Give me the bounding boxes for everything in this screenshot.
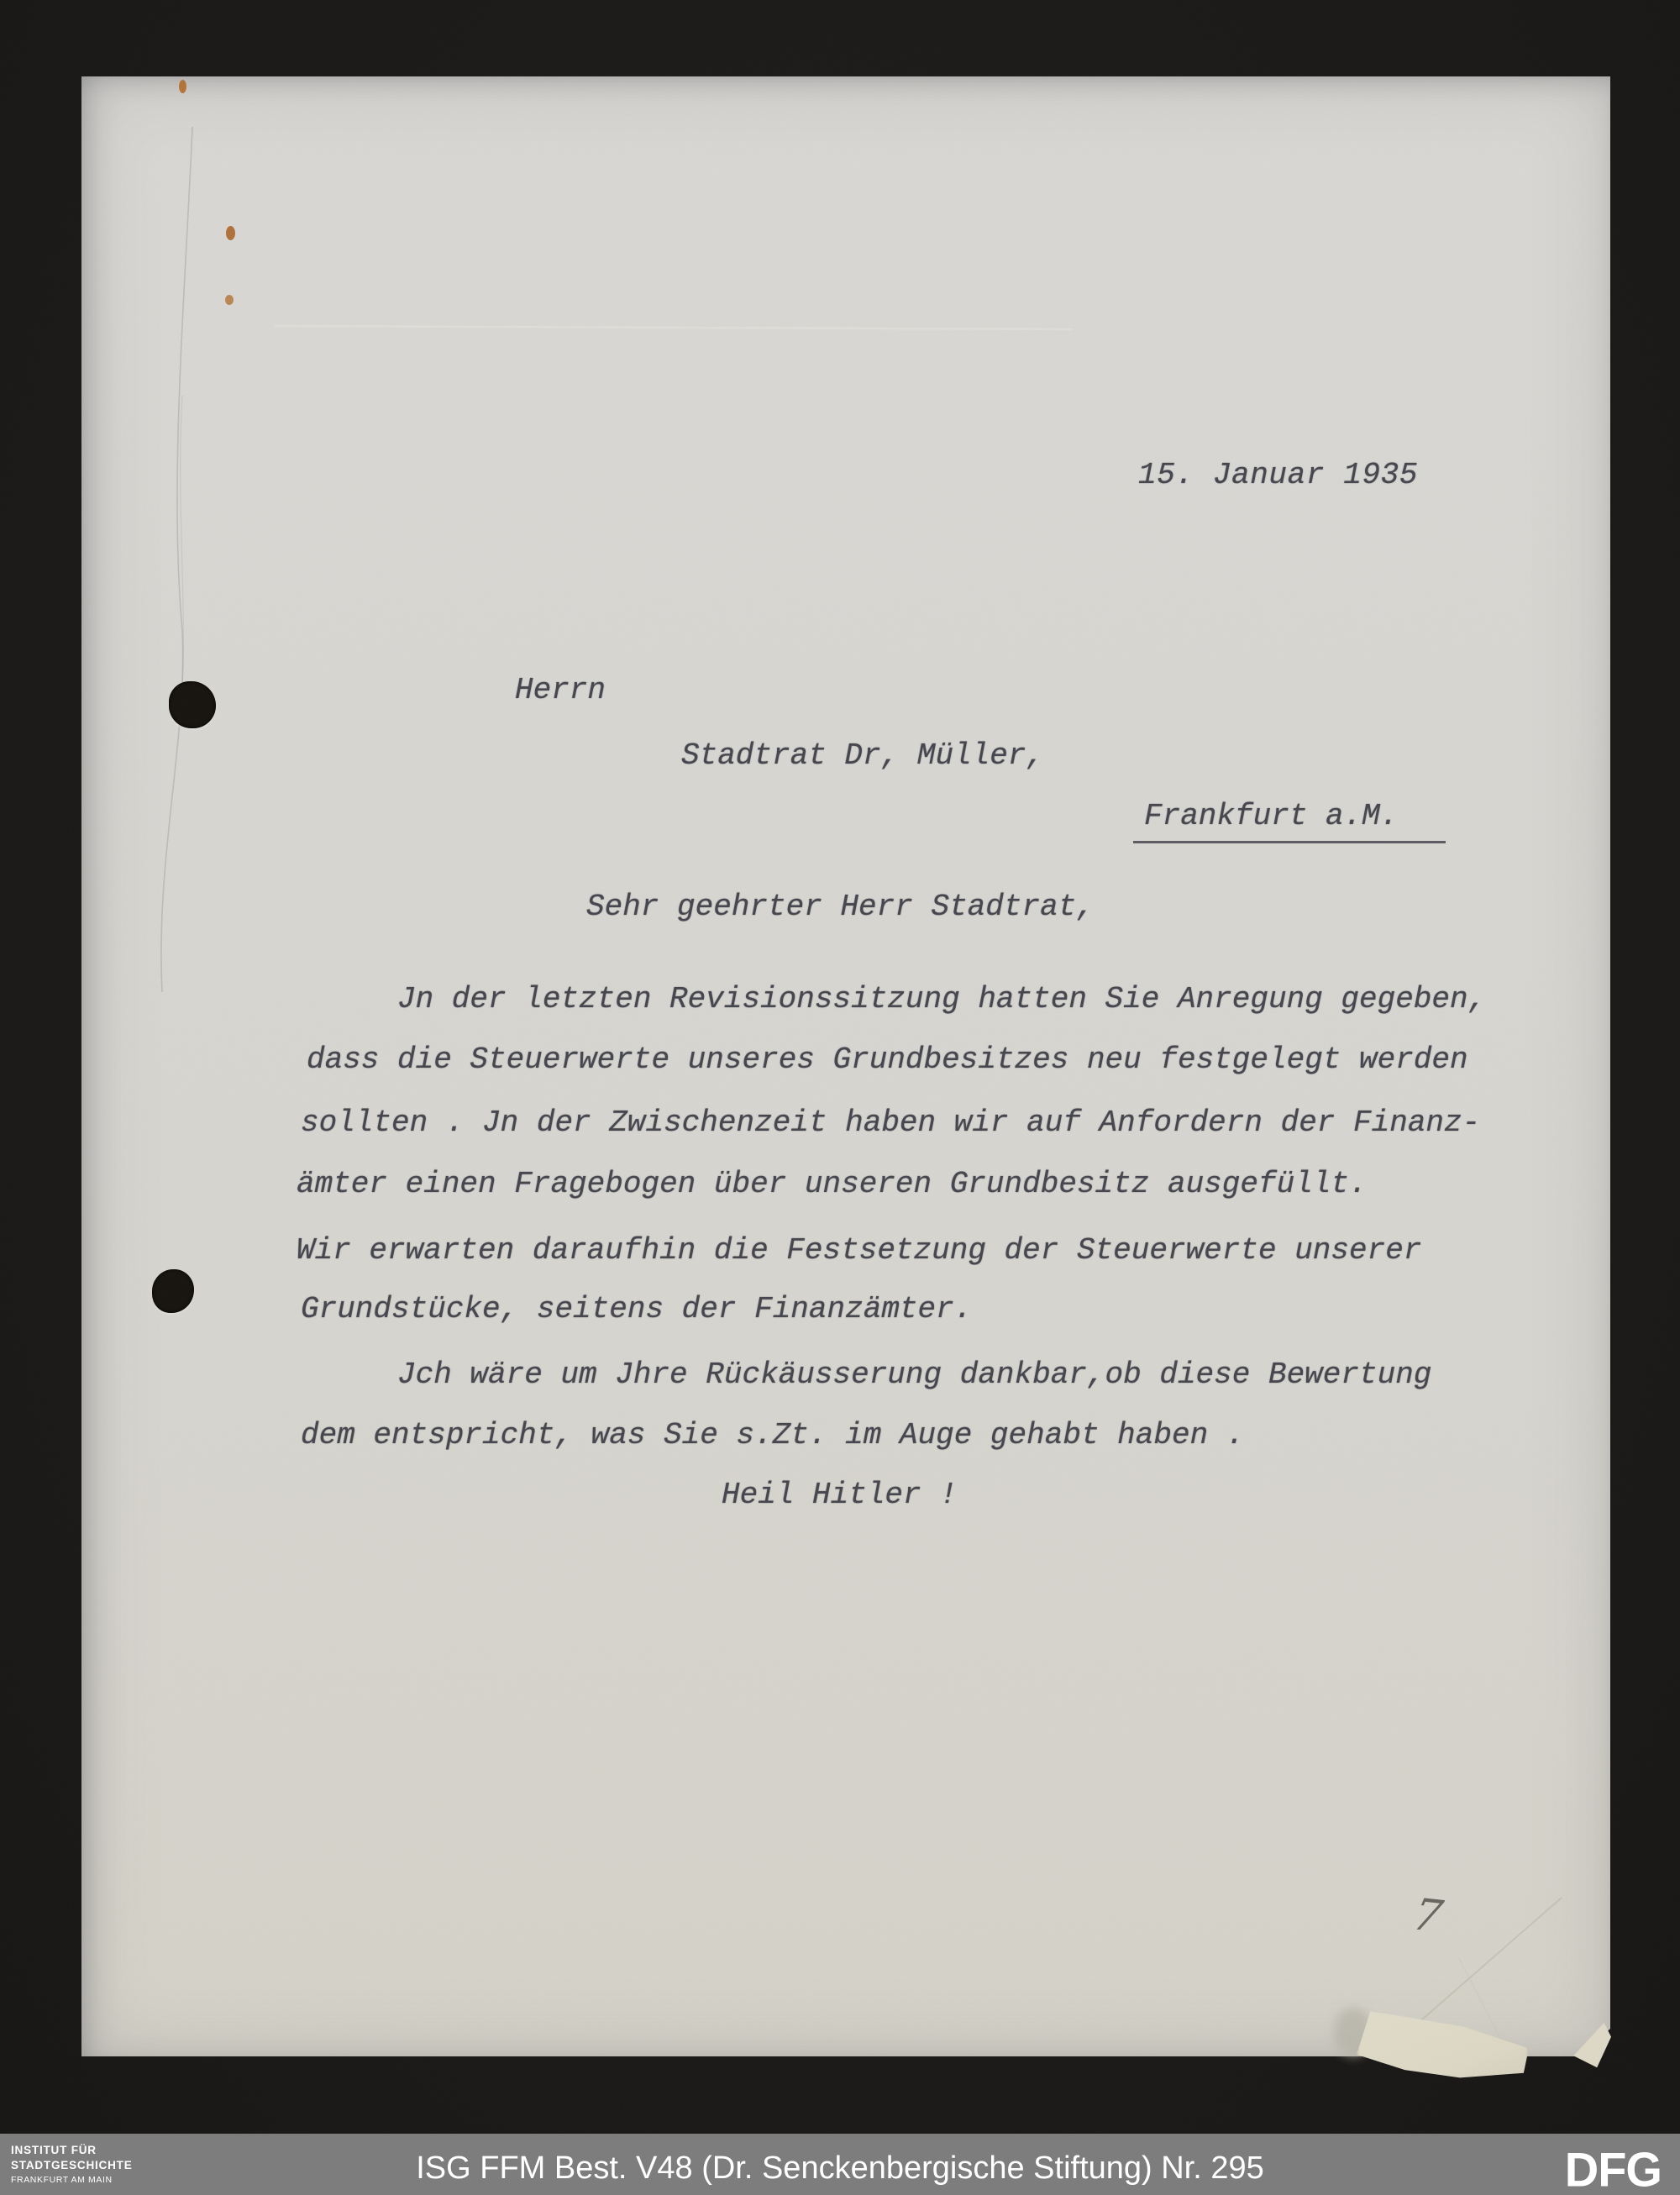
punch-hole-top bbox=[169, 681, 216, 728]
body-line: Grundstücke, seitens der Finanzämter. bbox=[301, 1290, 972, 1329]
rust-speck bbox=[225, 295, 234, 305]
closing-line: Heil Hitler ! bbox=[722, 1476, 958, 1515]
body-line: Wir erwarten daraufhin die Festsetzung d… bbox=[297, 1231, 1421, 1270]
greeting-line: Sehr geehrter Herr Stadtrat, bbox=[586, 888, 1095, 927]
recipient-prefix: Herrn bbox=[515, 671, 606, 710]
letter-page: 15. Januar 1935 Herrn Stadtrat Dr, Mülle… bbox=[81, 76, 1610, 2056]
archive-reference-caption: ISG FFM Best. V48 (Dr. Senckenbergische … bbox=[0, 2151, 1680, 2185]
rust-speck bbox=[179, 80, 186, 93]
recipient-name: Stadtrat Dr, Müller, bbox=[681, 737, 1044, 775]
body-line: dass die Steuerwerte unseres Grundbesitz… bbox=[307, 1041, 1468, 1079]
letter-date: 15. Januar 1935 bbox=[1138, 456, 1418, 495]
body-line: ämter einen Fragebogen über unseren Grun… bbox=[297, 1165, 1368, 1204]
punch-hole-bottom bbox=[152, 1269, 194, 1313]
dfg-logo: DFG bbox=[1565, 2141, 1662, 2195]
body-line: sollten . Jn der Zwischenzeit haben wir … bbox=[301, 1104, 1480, 1142]
body-line: dem entspricht, was Sie s.Zt. im Auge ge… bbox=[301, 1416, 1244, 1455]
recipient-city: Frankfurt a.M. bbox=[1144, 797, 1457, 836]
body-line: Jn der letzten Revisionssitzung hatten S… bbox=[397, 980, 1486, 1019]
pencil-page-number: 7 bbox=[1409, 1890, 1446, 1942]
rust-speck bbox=[226, 226, 235, 240]
body-line: Jch wäre um Jhre Rückäusserung dankbar,o… bbox=[397, 1356, 1431, 1394]
archival-scan-viewer: 15. Januar 1935 Herrn Stadtrat Dr, Mülle… bbox=[0, 0, 1680, 2195]
recipient-city-underlined: Frankfurt a.M. bbox=[1133, 797, 1446, 843]
footer-bar: INSTITUT FÜR STADTGESCHICHTE FRANKFURT A… bbox=[0, 2134, 1680, 2195]
